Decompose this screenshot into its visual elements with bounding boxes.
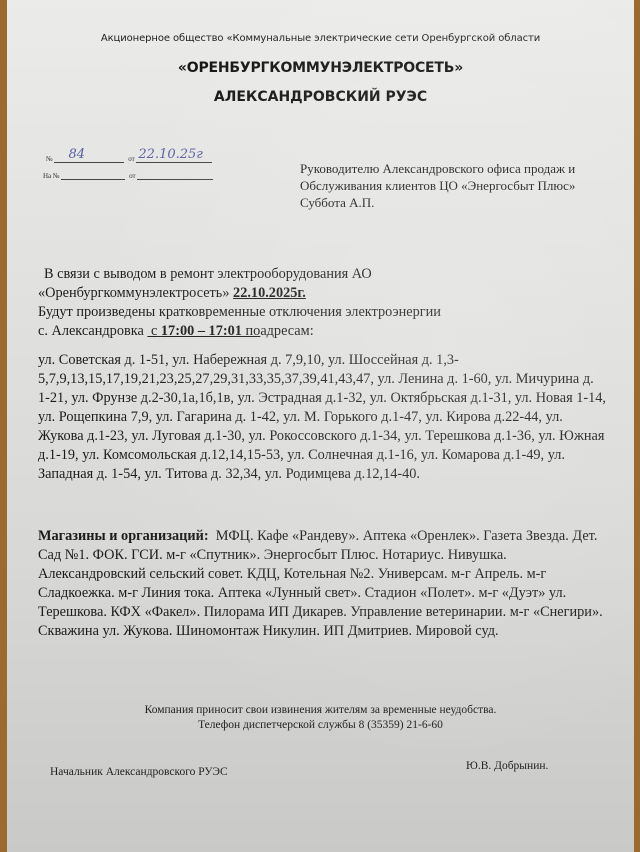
in-reply-date-label: от	[129, 172, 135, 180]
addressee-line-2: Обслуживания клиентов ЦО «Энергосбыт Плю…	[300, 177, 575, 194]
village-name: с. Александровка	[38, 323, 147, 339]
time-range: 17:00 – 17:01	[161, 323, 242, 339]
signatory-name: Ю.В. Добрынин.	[466, 760, 548, 772]
in-reply-number-field	[61, 167, 125, 180]
notice-line-2: «Оренбургкоммунэлектросеть» 22.10.2025г.	[38, 284, 608, 303]
branch-name: АЛЕКСАНДРОВСКИЙ РУЭС	[7, 89, 634, 105]
notice-line-3: Будут произведены кратковременные отключ…	[38, 303, 608, 322]
addresses-label: адресам:	[260, 323, 313, 339]
in-reply-date-field	[137, 167, 213, 180]
incoming-number-row: На № от	[46, 167, 213, 184]
outage-date: 22.10.2025г.	[233, 285, 306, 301]
notice-company: «Оренбургкоммунэлектросеть»	[38, 285, 233, 301]
notice-line-4: с. Александровка с 17:00 – 17:01 поадрес…	[38, 322, 608, 341]
number-field: 84	[54, 150, 124, 163]
date-field: 22.10.25г	[136, 150, 212, 163]
company-name: «ОРЕНБУРГКОММУНЭЛЕКТРОСЕТЬ»	[7, 60, 634, 76]
addressee-block: Руководителю Александровского офиса прод…	[300, 160, 575, 211]
addressee-line-1: Руководителю Александровского офиса прод…	[300, 160, 575, 177]
notice-paragraph: В связи с выводом в ремонт электрооборуд…	[38, 265, 608, 341]
streets-list: ул. Советская д. 1-51, ул. Набережная д.…	[38, 351, 608, 484]
number-label: №	[46, 155, 53, 163]
shops-and-organizations: Магазины и организаций: МФЦ. Кафе «Ранде…	[38, 527, 608, 641]
signatory-title: Начальник Александровского РУЭС	[50, 766, 228, 778]
in-reply-label: На №	[43, 172, 60, 180]
document-page: Акционерное общество «Коммунальные элект…	[7, 0, 634, 852]
outage-time: с 17:00 – 17:01 по	[147, 323, 260, 339]
notice-line-1: В связи с выводом в ремонт электрооборуд…	[38, 265, 608, 284]
date-handwritten: 22.10.25г	[138, 147, 202, 162]
number-handwritten: 84	[68, 147, 85, 162]
addressee-line-3: Суббота А.П.	[300, 194, 575, 211]
time-from-label: с	[151, 323, 157, 339]
shops-list: МФЦ. Кафе «Рандеву». Аптека «Оренлек». Г…	[38, 528, 603, 639]
time-po: по	[246, 323, 261, 339]
date-label: от	[128, 155, 134, 163]
shops-label: Магазины и организаций:	[38, 528, 209, 544]
dispatcher-phone: Телефон диспетчерской службы 8 (35359) 2…	[7, 718, 634, 733]
footer-note: Компания приносит свои извинения жителям…	[7, 703, 634, 733]
apology-text: Компания приносит свои извинения жителям…	[7, 703, 634, 718]
reference-block: № 84 от 22.10.25г На № от	[46, 150, 213, 184]
outgoing-number-row: № 84 от 22.10.25г	[46, 150, 213, 167]
organization-name: Акционерное общество «Коммунальные элект…	[7, 33, 634, 44]
